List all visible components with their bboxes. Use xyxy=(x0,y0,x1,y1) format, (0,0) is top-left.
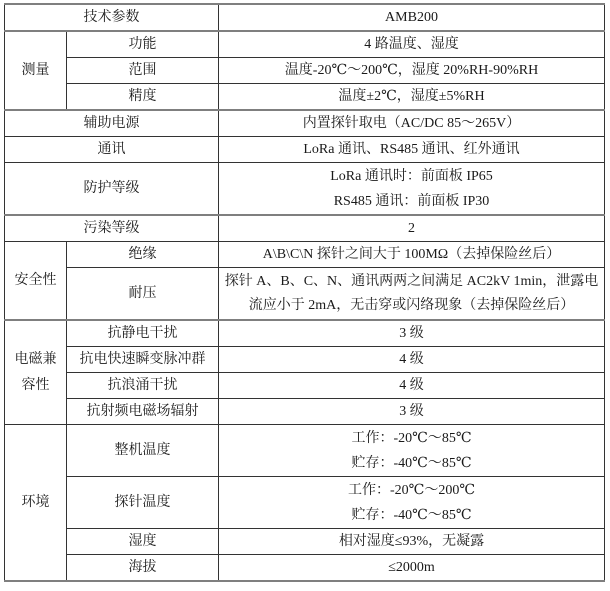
label-humidity: 湿度 xyxy=(67,529,219,555)
value-pollution-degree: 2 xyxy=(219,215,605,242)
row-withstand-voltage: 耐压 探针 A、B、C、N、通讯两两之间满足 AC2kV 1min，泄露电流应小… xyxy=(5,268,605,321)
header-param-label: 技术参数 xyxy=(5,4,219,31)
probe-temp-working: 工作：-20℃～200℃ xyxy=(221,478,602,503)
value-aux-power: 内置探针取电（AC/DC 85～265V） xyxy=(219,110,605,137)
value-protection-rating: LoRa 通讯时：前面板 IP65 RS485 通讯：前面板 IP30 xyxy=(219,163,605,216)
row-range: 范围 温度-20℃～200℃，湿度 20%RH-90%RH xyxy=(5,58,605,84)
value-withstand-voltage: 探针 A、B、C、N、通讯两两之间满足 AC2kV 1min，泄露电流应小于 2… xyxy=(219,268,605,321)
group-cell-environment: 环境 xyxy=(5,425,67,582)
row-humidity: 湿度 相对湿度≤93%，无凝露 xyxy=(5,529,605,555)
value-surge: 4 级 xyxy=(219,373,605,399)
row-altitude: 海拔 ≤2000m xyxy=(5,555,605,582)
value-communication: LoRa 通讯、RS485 通讯、红外通讯 xyxy=(219,137,605,163)
label-pollution-degree: 污染等级 xyxy=(5,215,219,242)
group-cell-emc: 电磁兼容性 xyxy=(5,320,67,425)
value-insulation: A\B\C\N 探针之间大于 100MΩ（去掉保险丝后） xyxy=(219,242,605,268)
value-esd: 3 级 xyxy=(219,320,605,347)
row-protection-rating: 防护等级 LoRa 通讯时：前面板 IP65 RS485 通讯：前面板 IP30 xyxy=(5,163,605,216)
row-unit-temp: 环境 整机温度 工作：-20℃～85℃ 贮存：-40℃～85℃ xyxy=(5,425,605,477)
header-model-value: AMB200 xyxy=(219,4,605,31)
label-esd: 抗静电干扰 xyxy=(67,320,219,347)
row-probe-temp: 探针温度 工作：-20℃～200℃ 贮存：-40℃～85℃ xyxy=(5,477,605,529)
value-altitude: ≤2000m xyxy=(219,555,605,582)
group-cell-safety: 安全性 xyxy=(5,242,67,321)
label-communication: 通讯 xyxy=(5,137,219,163)
label-range: 范围 xyxy=(67,58,219,84)
value-humidity: 相对湿度≤93%，无凝露 xyxy=(219,529,605,555)
protection-line-rs485: RS485 通讯：前面板 IP30 xyxy=(221,189,602,214)
value-rf-field: 3 级 xyxy=(219,399,605,425)
row-rf-field: 抗射频电磁场辐射 3 级 xyxy=(5,399,605,425)
row-pollution-degree: 污染等级 2 xyxy=(5,215,605,242)
label-protection-rating: 防护等级 xyxy=(5,163,219,216)
protection-line-lora: LoRa 通讯时：前面板 IP65 xyxy=(221,164,602,189)
row-eft: 抗电快速瞬变脉冲群 4 级 xyxy=(5,347,605,373)
row-esd: 电磁兼容性 抗静电干扰 3 级 xyxy=(5,320,605,347)
label-probe-temp: 探针温度 xyxy=(67,477,219,529)
group-cell-measurement: 测量 xyxy=(5,31,67,110)
label-rf-field: 抗射频电磁场辐射 xyxy=(67,399,219,425)
label-altitude: 海拔 xyxy=(67,555,219,582)
row-accuracy: 精度 温度±2℃，湿度±5%RH xyxy=(5,84,605,111)
value-function: 4 路温度、湿度 xyxy=(219,31,605,58)
label-function: 功能 xyxy=(67,31,219,58)
value-eft: 4 级 xyxy=(219,347,605,373)
unit-temp-working: 工作：-20℃～85℃ xyxy=(221,426,602,451)
row-aux-power: 辅助电源 内置探针取电（AC/DC 85～265V） xyxy=(5,110,605,137)
label-insulation: 绝缘 xyxy=(67,242,219,268)
label-withstand-voltage: 耐压 xyxy=(67,268,219,321)
value-unit-temp: 工作：-20℃～85℃ 贮存：-40℃～85℃ xyxy=(219,425,605,477)
probe-temp-storage: 贮存：-40℃～85℃ xyxy=(221,503,602,528)
row-header: 技术参数 AMB200 xyxy=(5,4,605,31)
label-aux-power: 辅助电源 xyxy=(5,110,219,137)
value-probe-temp: 工作：-20℃～200℃ 贮存：-40℃～85℃ xyxy=(219,477,605,529)
row-communication: 通讯 LoRa 通讯、RS485 通讯、红外通讯 xyxy=(5,137,605,163)
label-accuracy: 精度 xyxy=(67,84,219,111)
row-function: 测量 功能 4 路温度、湿度 xyxy=(5,31,605,58)
label-eft: 抗电快速瞬变脉冲群 xyxy=(67,347,219,373)
label-surge: 抗浪涌干扰 xyxy=(67,373,219,399)
value-accuracy: 温度±2℃，湿度±5%RH xyxy=(219,84,605,111)
label-unit-temp: 整机温度 xyxy=(67,425,219,477)
row-insulation: 安全性 绝缘 A\B\C\N 探针之间大于 100MΩ（去掉保险丝后） xyxy=(5,242,605,268)
spec-table: 技术参数 AMB200 测量 功能 4 路温度、湿度 范围 温度-20℃～200… xyxy=(4,3,605,582)
row-surge: 抗浪涌干扰 4 级 xyxy=(5,373,605,399)
value-range: 温度-20℃～200℃，湿度 20%RH-90%RH xyxy=(219,58,605,84)
unit-temp-storage: 贮存：-40℃～85℃ xyxy=(221,451,602,476)
